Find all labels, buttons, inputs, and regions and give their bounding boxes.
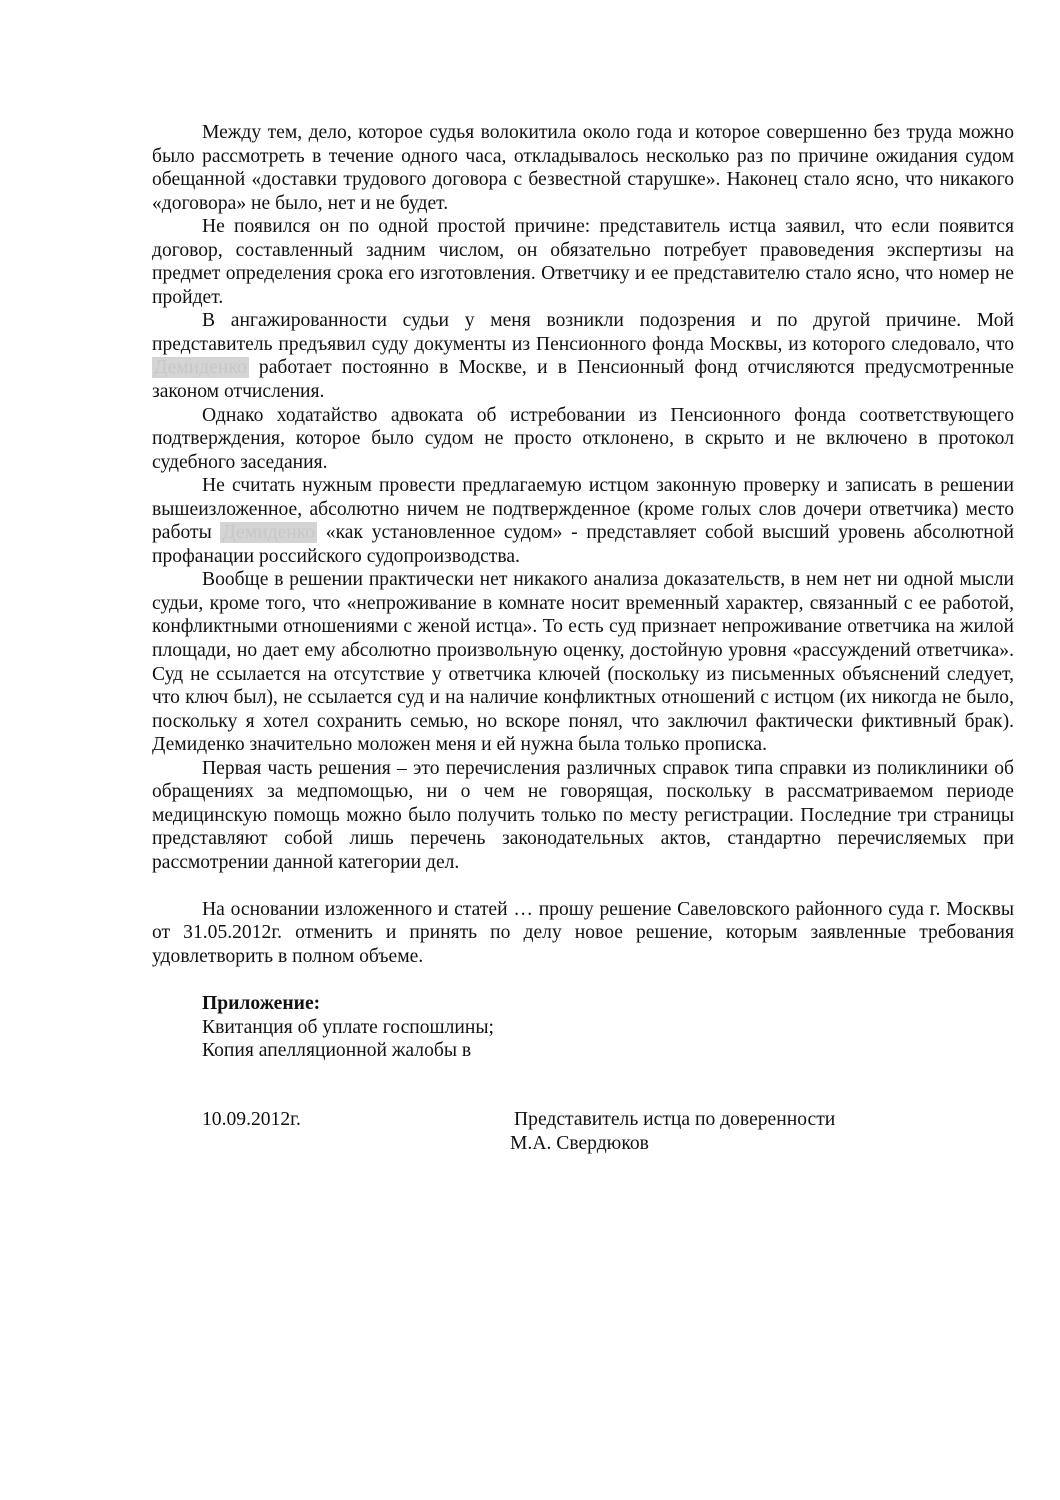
- paragraph-workplace: Не считать нужным провести предлагаемую …: [152, 474, 1014, 568]
- redacted-name: Демиденко: [152, 357, 249, 378]
- document-page: Между тем, дело, которое судья волокитил…: [152, 121, 1014, 1168]
- spacer: [152, 875, 1014, 898]
- spacer: [152, 968, 1014, 992]
- signature-block: 10.09.2012г. Представитель истца по дове…: [152, 1108, 1014, 1168]
- appendix-item: Квитанция об уплате госпошлины;: [202, 1016, 1014, 1040]
- signature-role: Представитель истца по доверенности: [514, 1108, 835, 1132]
- appendix-title: Приложение:: [202, 992, 1014, 1016]
- paragraph-analysis: Вообще в решении практически нет никаког…: [152, 568, 1014, 756]
- paragraph-pension-fund: В ангажированности судьи у меня возникли…: [152, 309, 1014, 403]
- paragraph-first-part: Первая часть решения – это перечисления …: [152, 757, 1014, 875]
- paragraph-motion: Однако ходатайство адвоката об истребова…: [152, 404, 1014, 475]
- paragraph-contract: Не появился он по одной простой причине:…: [152, 215, 1014, 309]
- paragraph-text-before: В ангажированности судьи у меня возникли…: [152, 310, 1014, 355]
- signature-date: 10.09.2012г.: [202, 1108, 301, 1132]
- paragraph-delay: Между тем, дело, которое судья волокитил…: [152, 121, 1014, 215]
- paragraph-text-after: работает постоянно в Москве, и в Пенсион…: [152, 357, 1014, 402]
- appendix-section: Приложение: Квитанция об уплате госпошли…: [202, 992, 1014, 1063]
- signature-name: М.А. Свердюков: [510, 1132, 649, 1156]
- paragraph-request: На основании изложенного и статей … прош…: [152, 898, 1014, 969]
- redacted-name: Демиденко: [220, 522, 317, 543]
- appendix-item: Копия апелляционной жалобы в: [202, 1039, 1014, 1063]
